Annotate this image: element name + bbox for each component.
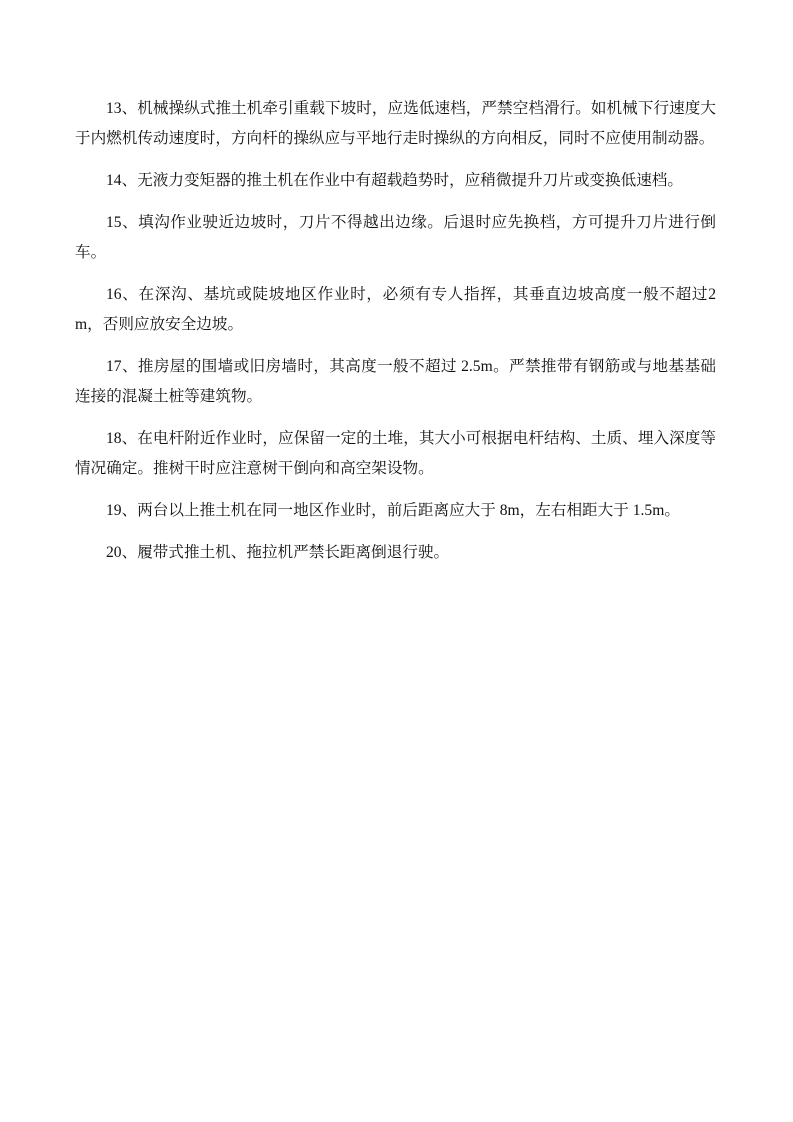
paragraph-19: 19、两台以上推土机在同一地区作业时，前后距离应大于 8m，左右相距大于 1.5…	[75, 496, 716, 526]
paragraph-13: 13、机械操纵式推土机牵引重载下坡时，应选低速档，严禁空档滑行。如机械下行速度大…	[75, 94, 716, 154]
document-page: 13、机械操纵式推土机牵引重载下坡时，应选低速档，严禁空档滑行。如机械下行速度大…	[75, 94, 716, 580]
paragraph-15: 15、填沟作业驶近边坡时，刀片不得越出边缘。后退时应先换档，方可提升刀片进行倒车…	[75, 208, 716, 268]
paragraph-20: 20、履带式推土机、拖拉机严禁长距离倒退行驶。	[75, 538, 716, 568]
paragraph-14: 14、无液力变矩器的推土机在作业中有超载趋势时，应稍微提升刀片或变换低速档。	[75, 166, 716, 196]
paragraph-16: 16、在深沟、基坑或陡坡地区作业时，必须有专人指挥，其垂直边坡高度一般不超过2m…	[75, 280, 716, 340]
paragraph-18: 18、在电杆附近作业时，应保留一定的土堆，其大小可根据电杆结构、土质、埋入深度等…	[75, 424, 716, 484]
paragraph-17: 17、推房屋的围墙或旧房墙时，其高度一般不超过 2.5m。严禁推带有钢筋或与地基…	[75, 352, 716, 412]
